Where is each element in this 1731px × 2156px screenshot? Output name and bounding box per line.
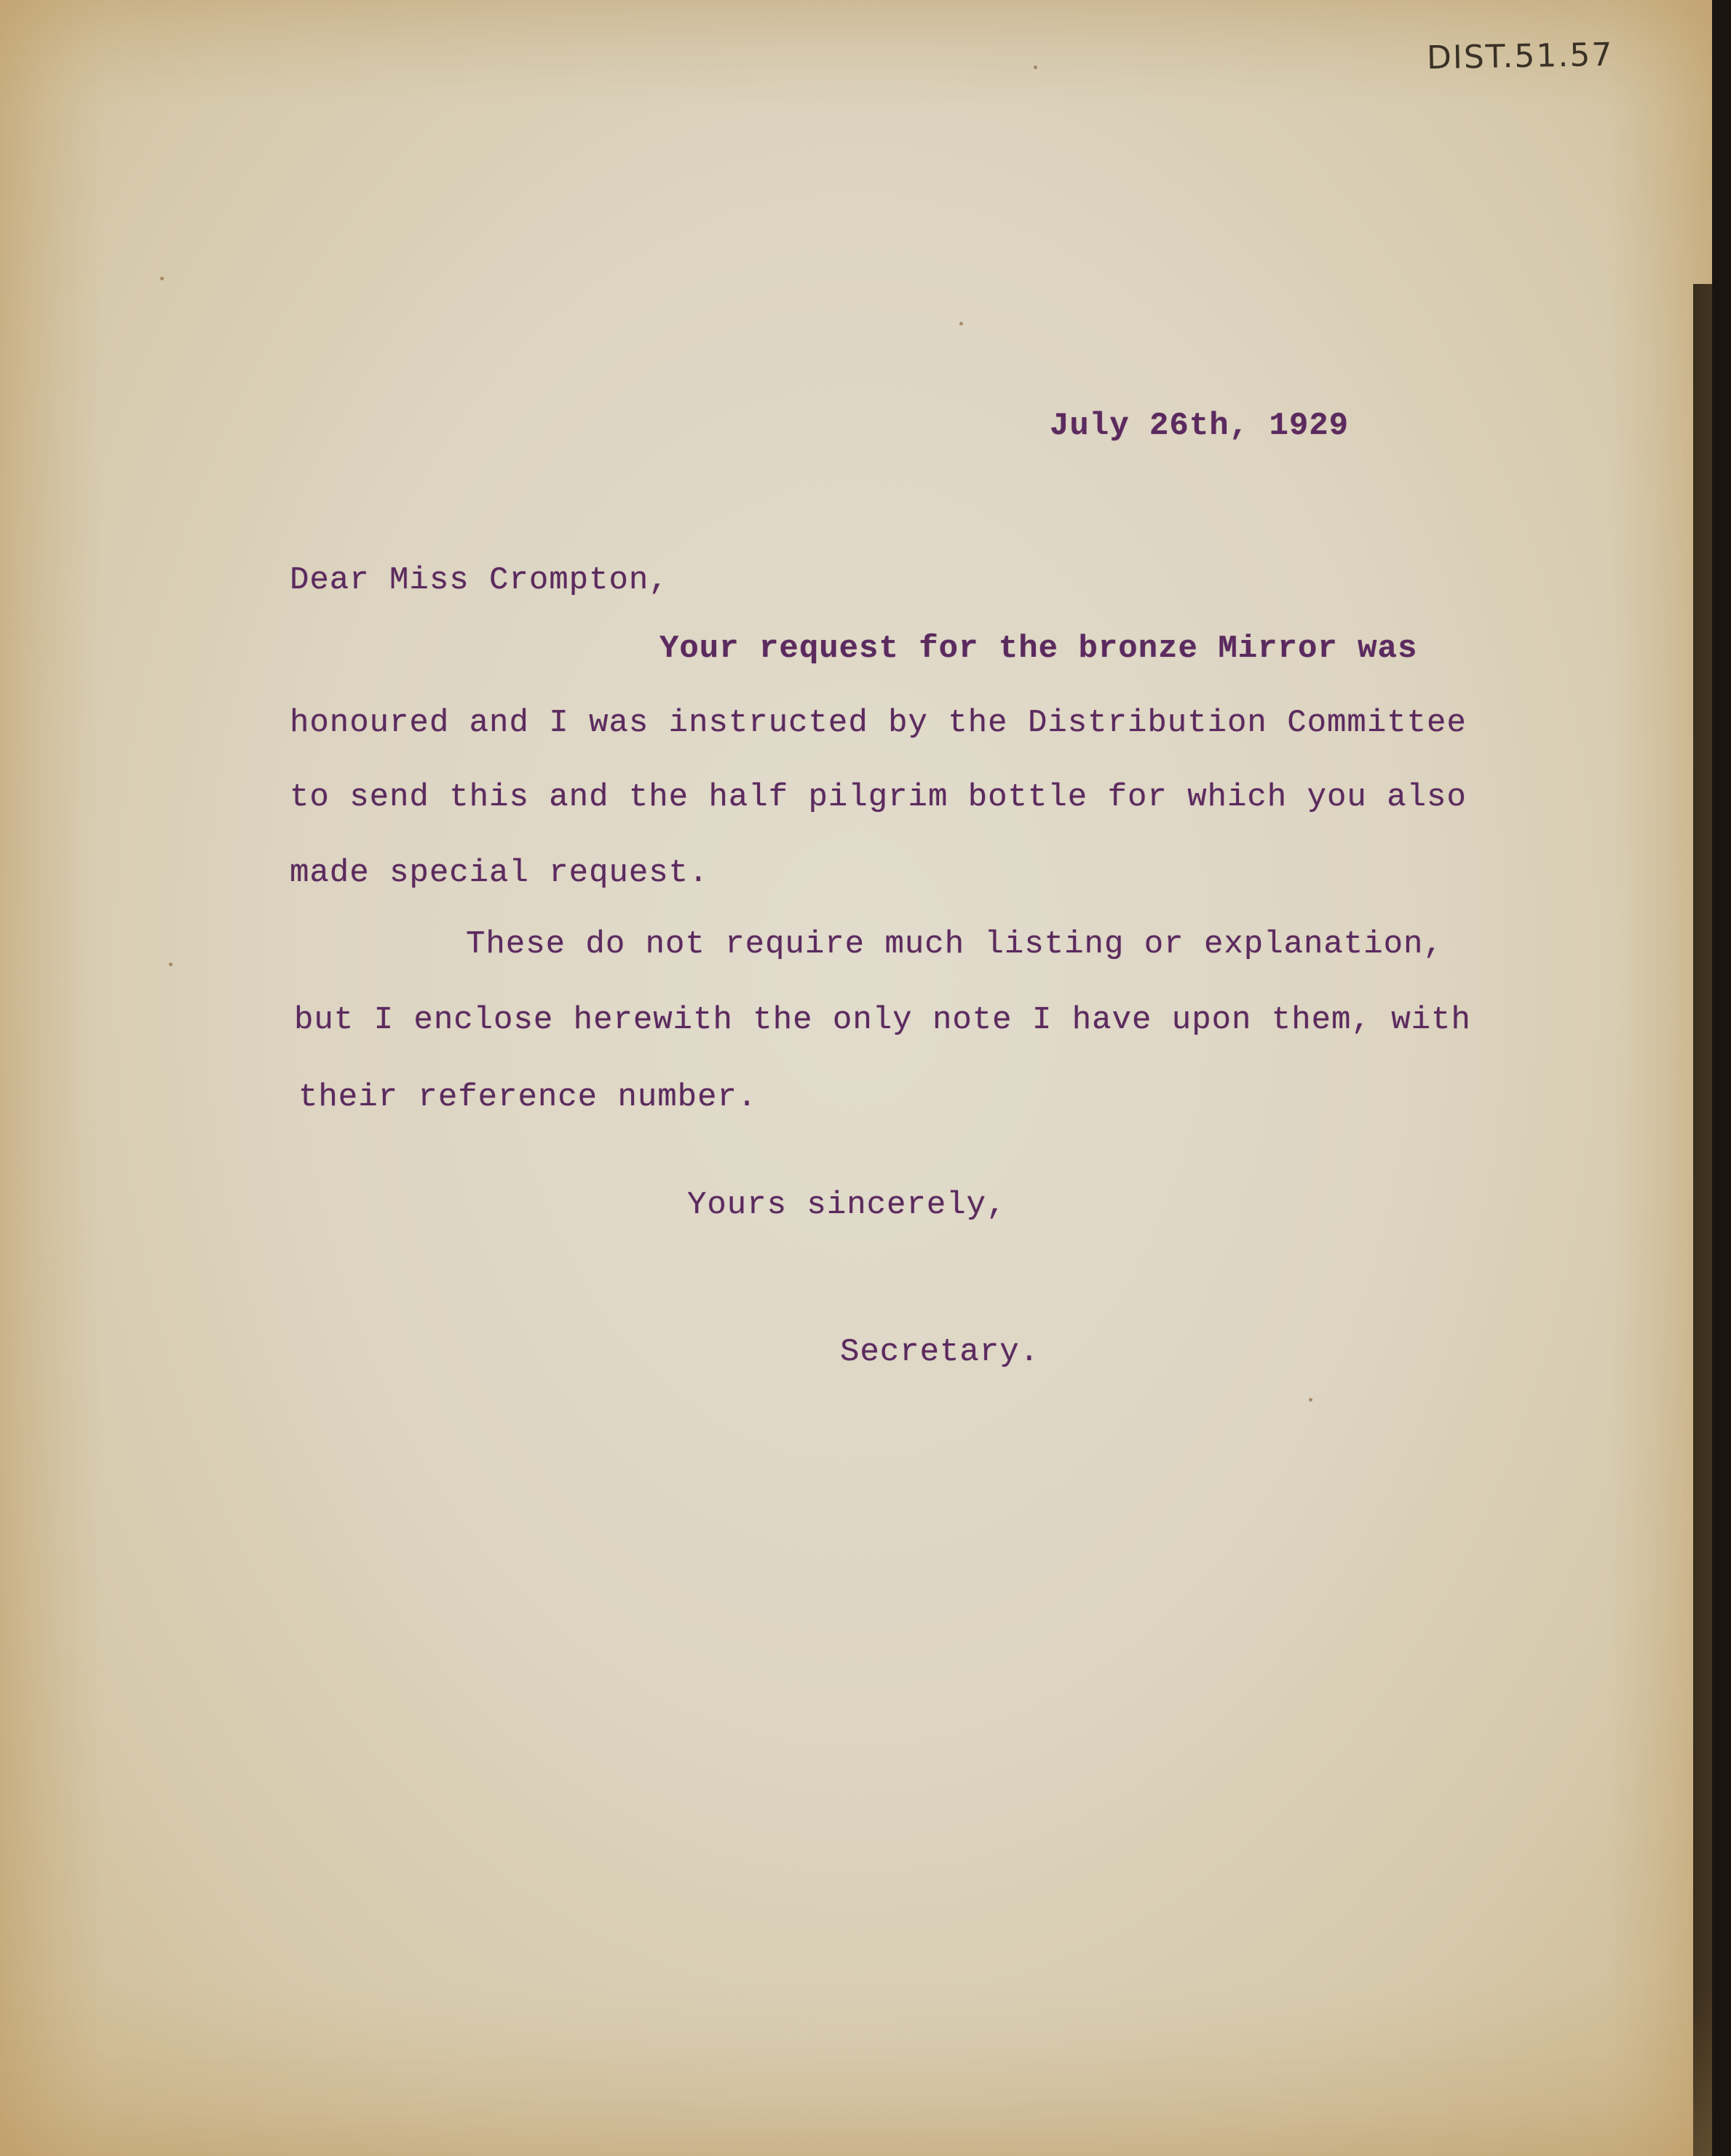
paper-speck [1309,1398,1312,1402]
salutation: Dear Miss Crompton, [290,562,669,599]
body-line: These do not require much listing or exp… [466,926,1443,963]
signature-title: Secretary. [840,1334,1039,1370]
paper-speck [169,963,173,966]
handwritten-reference-number: DIST.51.57 [1427,36,1614,76]
body-line: to send this and the half pilgrim bottle… [290,779,1467,816]
body-line: made special request. [290,855,709,891]
scan-edge [1693,284,1712,2156]
paper-speck [160,277,164,280]
body-line: but I enclose herewith the only note I h… [294,1002,1471,1038]
body-line: their reference number. [298,1079,757,1115]
letter-page: DIST.51.57 July 26th, 1929 Dear Miss Cro… [0,0,1712,2156]
body-line: Your request for the bronze Mirror was [659,631,1417,667]
closing: Yours sincerely, [687,1187,1006,1223]
body-line: honoured and I was instructed by the Dis… [290,705,1467,741]
letter-date: July 26th, 1929 [1050,408,1349,444]
paper-speck [959,322,963,325]
paper-speck [1034,66,1037,69]
